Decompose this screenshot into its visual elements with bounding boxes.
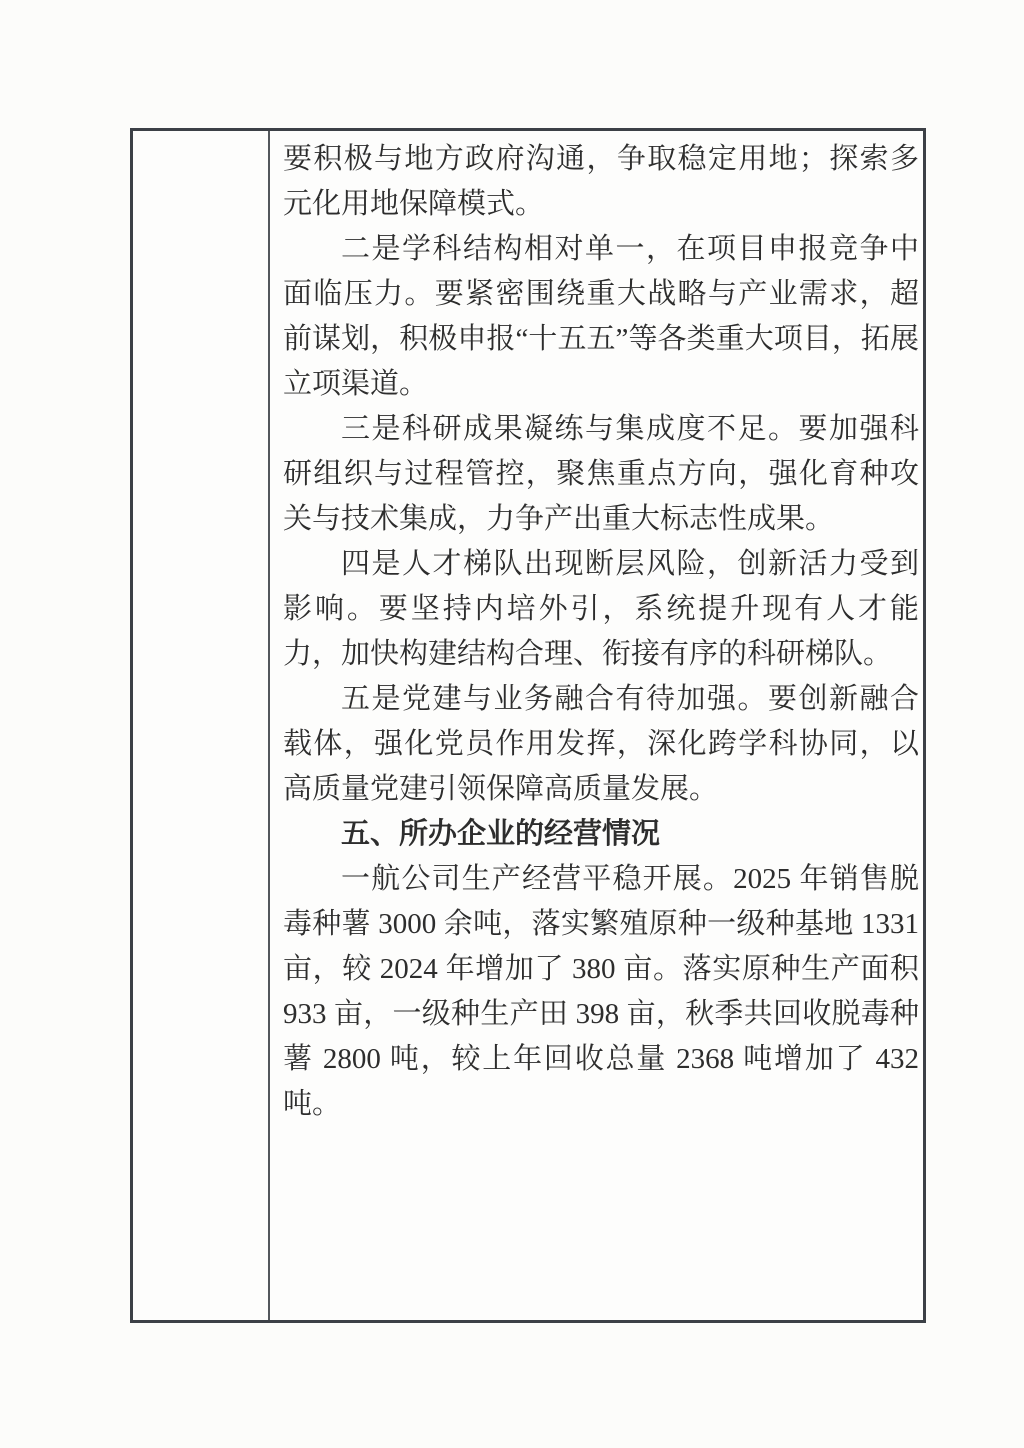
body-paragraph-point-2: 二是学科结构相对单一，在项目申报竞争中面临压力。要紧密围绕重大战略与产业需求，超… [283, 227, 919, 407]
document-table: 要积极与地方政府沟通，争取稳定用地；探索多元化用地保障模式。 二是学科结构相对单… [130, 128, 926, 1323]
page: 要积极与地方政府沟通，争取稳定用地；探索多元化用地保障模式。 二是学科结构相对单… [0, 0, 1024, 1448]
body-paragraph-point-3: 三是科研成果凝练与集成度不足。要加强科研组织与过程管控，聚焦重点方向，强化育种攻… [283, 407, 919, 542]
body-paragraph-point-5: 五是党建与业务融合有待加强。要创新融合载体，强化党员作用发挥，深化跨学科协同，以… [283, 677, 919, 812]
body-paragraph-company-operations: 一航公司生产经营平稳开展。2025 年销售脱毒种薯 3000 余吨，落实繁殖原种… [283, 857, 919, 1127]
section-heading: 五、所办企业的经营情况 [283, 812, 919, 857]
table-left-cell [133, 131, 270, 1320]
body-paragraph-continuation: 要积极与地方政府沟通，争取稳定用地；探索多元化用地保障模式。 [283, 137, 919, 227]
table-right-cell: 要积极与地方政府沟通，争取稳定用地；探索多元化用地保障模式。 二是学科结构相对单… [270, 131, 923, 1320]
body-paragraph-point-4: 四是人才梯队出现断层风险，创新活力受到影响。要坚持内培外引，系统提升现有人才能力… [283, 542, 919, 677]
